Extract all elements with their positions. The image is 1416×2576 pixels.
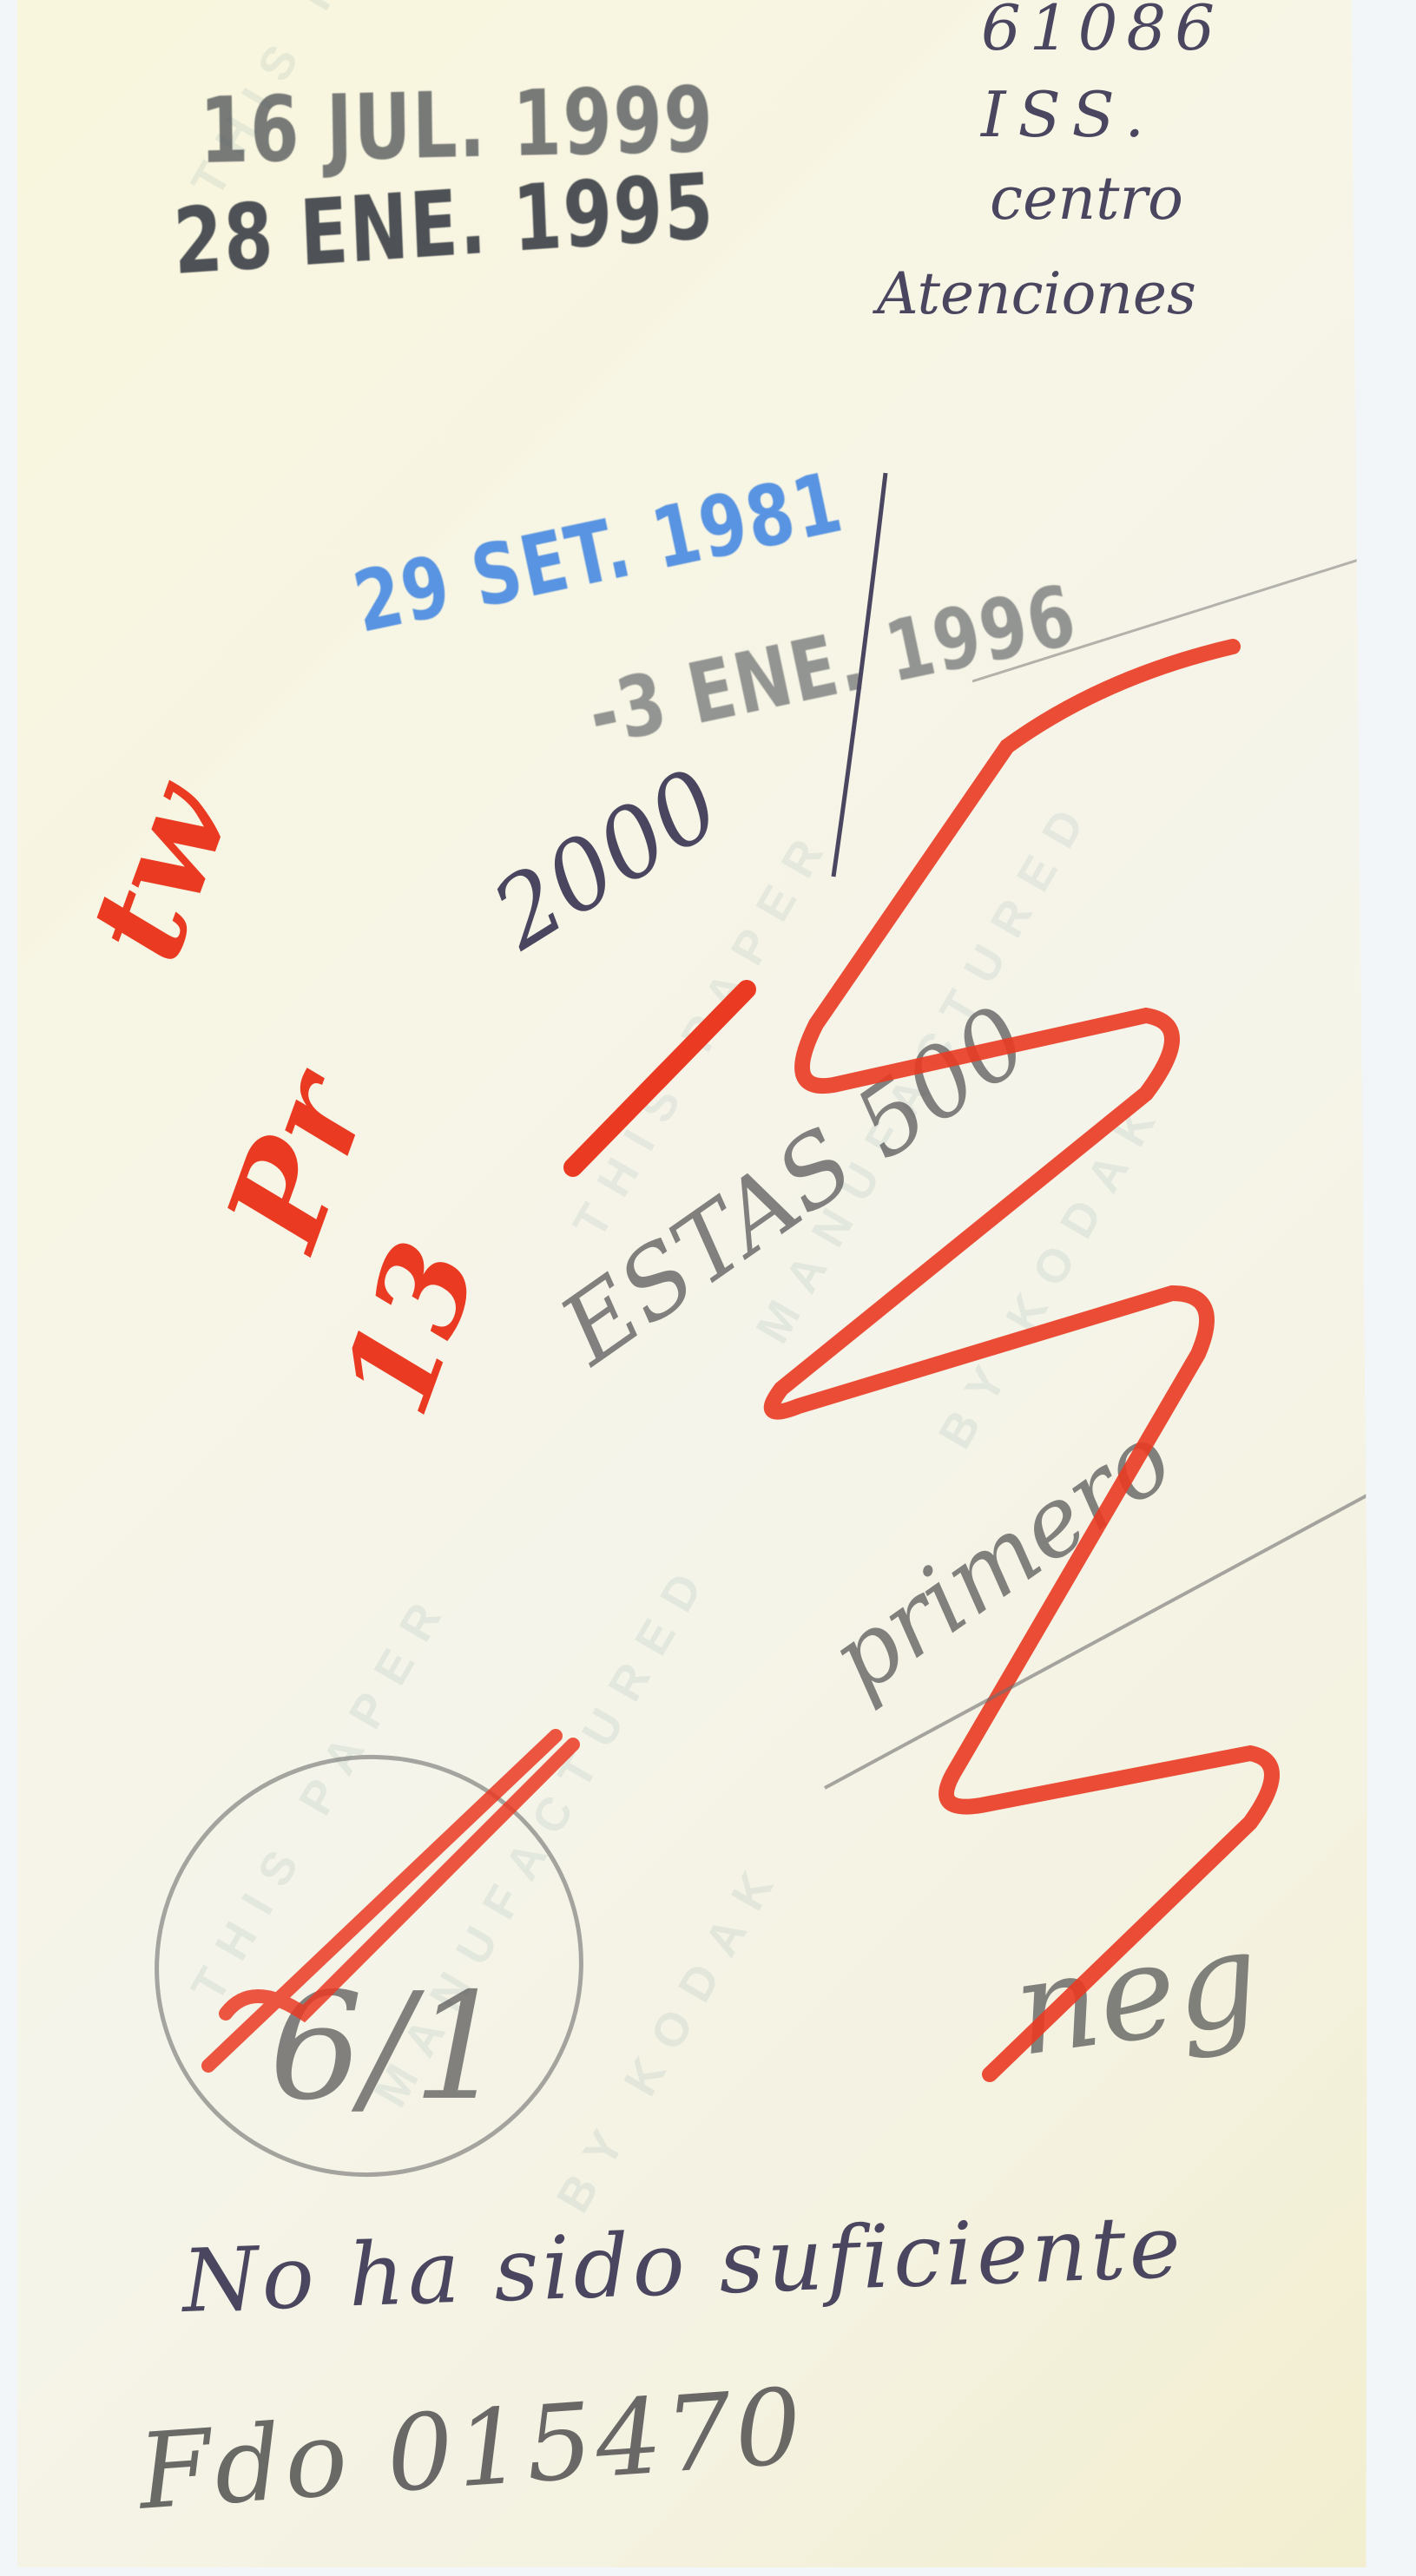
annotation-strokes <box>17 0 1367 2567</box>
red-zigzag-strike <box>772 647 1272 2074</box>
ink-slash <box>833 473 886 877</box>
photo-back-paper: THIS PAPER THIS PAPER MANUFACTURED BY KO… <box>17 0 1367 2567</box>
pencil-circle <box>98 1698 641 2235</box>
red-bar <box>573 989 747 1167</box>
